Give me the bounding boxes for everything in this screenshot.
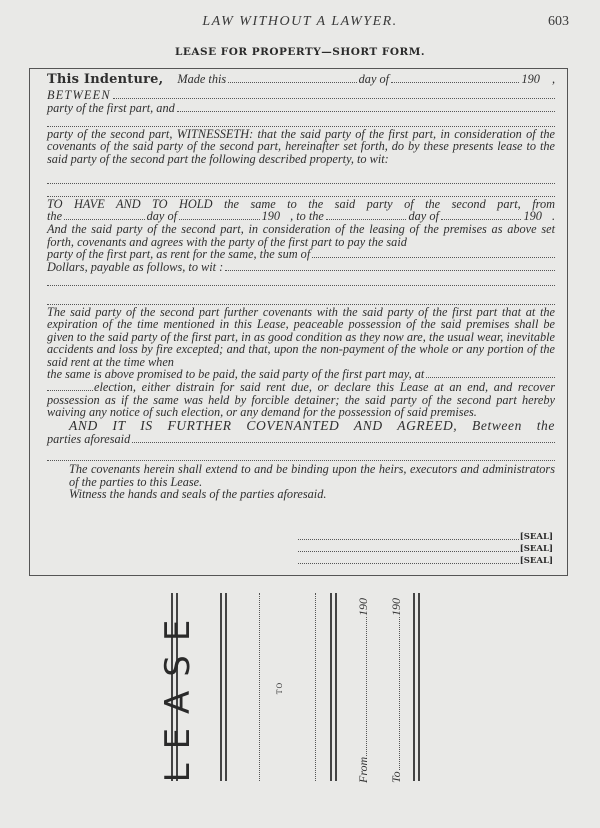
to-date-blank[interactable] bbox=[392, 617, 400, 770]
signature-line-3[interactable]: [SEAL] bbox=[298, 554, 553, 566]
page-number: 603 bbox=[548, 14, 569, 30]
signature-line-2[interactable]: [SEAL] bbox=[298, 542, 553, 554]
day-of-label: day of bbox=[359, 73, 389, 86]
between-line: BETWEEN bbox=[47, 89, 555, 102]
further-terms-blank[interactable] bbox=[132, 434, 555, 443]
rent-amount-blank[interactable] bbox=[312, 249, 555, 258]
aforesaid-line: parties aforesaid bbox=[47, 433, 555, 446]
rule bbox=[335, 593, 337, 781]
indenture-heading: This Indenture, bbox=[47, 74, 163, 87]
lessee-name-blank[interactable] bbox=[315, 593, 316, 781]
seal-label: [SEAL] bbox=[520, 532, 553, 542]
further-terms-blank-2[interactable] bbox=[47, 448, 555, 461]
property-blank-1[interactable] bbox=[47, 172, 555, 185]
second-party-name-blank[interactable] bbox=[177, 103, 555, 112]
election-blank-2[interactable] bbox=[47, 382, 93, 391]
year-label: 190 bbox=[521, 73, 539, 86]
comma: , bbox=[552, 73, 555, 86]
covenant-text-3: election, either distrain for said rent … bbox=[47, 381, 555, 419]
endorsement-to: TO bbox=[276, 682, 284, 694]
signature-line-1[interactable]: [SEAL] bbox=[298, 530, 553, 542]
to-date-line: To 190 bbox=[389, 598, 404, 783]
election-blank[interactable] bbox=[426, 369, 555, 378]
indenture-line: This Indenture, Made this day of 190 , bbox=[47, 73, 555, 89]
rent-paragraph: And the said party of the second part, i… bbox=[47, 223, 555, 248]
endorsement-title: LEASE bbox=[158, 606, 198, 783]
parties-aforesaid-label: parties aforesaid bbox=[47, 433, 130, 446]
end-month-blank[interactable] bbox=[441, 211, 522, 220]
from-label: From bbox=[356, 757, 371, 783]
day-blank[interactable] bbox=[228, 74, 356, 83]
rule bbox=[225, 593, 227, 781]
from-date-blank[interactable] bbox=[359, 617, 367, 756]
month-blank[interactable] bbox=[391, 74, 519, 83]
seal-label: [SEAL] bbox=[520, 544, 553, 554]
first-party-line: party of the first part, and bbox=[47, 102, 555, 115]
payable-label: Dollars, payable as follows, to wit : bbox=[47, 261, 223, 274]
rule bbox=[418, 593, 420, 781]
payment-blank-2[interactable] bbox=[47, 273, 555, 286]
first-party-name-blank[interactable] bbox=[113, 90, 555, 99]
year-label: 190 bbox=[389, 598, 404, 616]
property-blank-2[interactable] bbox=[47, 184, 555, 197]
between-label: BETWEEN bbox=[47, 89, 111, 102]
to-label: To bbox=[389, 771, 404, 783]
payable-line: Dollars, payable as follows, to wit : bbox=[47, 261, 555, 274]
covenant-paragraph: The said party of the second part furthe… bbox=[47, 306, 555, 369]
blank-line[interactable] bbox=[47, 114, 555, 127]
covenant-text-1: The said party of the second part furthe… bbox=[47, 305, 555, 369]
rent-sum-label: party of the first part, as rent for the… bbox=[47, 248, 310, 261]
further-covenant: AND IT IS FURTHER COVENANTED AND AGREED,… bbox=[47, 419, 555, 433]
year-label: 190 bbox=[356, 598, 371, 616]
binding-paragraph: The covenants herein shall extend to and… bbox=[47, 463, 555, 488]
first-party-label: party of the first part, and bbox=[47, 102, 175, 115]
witnesseth-paragraph: party of the second part, WITNESSETH: th… bbox=[47, 128, 555, 166]
rule bbox=[330, 593, 332, 781]
lessor-name-blank[interactable] bbox=[259, 593, 260, 781]
rent-sum-line: party of the first part, as rent for the… bbox=[47, 248, 555, 261]
payment-blank-3[interactable] bbox=[47, 292, 555, 305]
end-day-blank[interactable] bbox=[326, 211, 407, 220]
made-this-label: Made this bbox=[177, 73, 226, 86]
seal-label: [SEAL] bbox=[520, 556, 553, 566]
start-month-blank[interactable] bbox=[179, 211, 260, 220]
witness-clause: Witness the hands and seals of the parti… bbox=[47, 488, 555, 501]
from-date-line: From 190 bbox=[356, 598, 371, 783]
lease-form-body: This Indenture, Made this day of 190 , B… bbox=[47, 73, 555, 501]
signature-block: [SEAL] [SEAL] [SEAL] bbox=[298, 530, 553, 566]
rule bbox=[413, 593, 415, 781]
running-head: LAW WITHOUT A LAWYER. bbox=[0, 14, 600, 30]
start-day-blank[interactable] bbox=[64, 211, 145, 220]
rule bbox=[220, 593, 222, 781]
payment-terms-blank[interactable] bbox=[225, 262, 555, 271]
form-title: LEASE FOR PROPERTY—SHORT FORM. bbox=[0, 46, 600, 58]
